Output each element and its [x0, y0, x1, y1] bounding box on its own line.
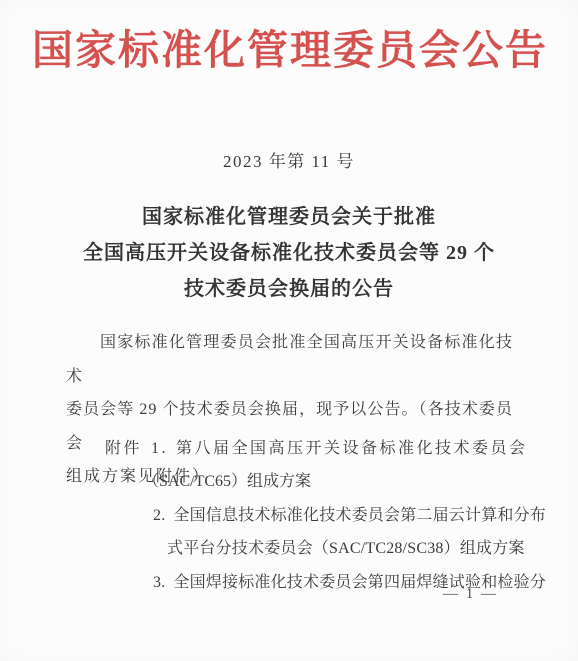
announcement-page: 国家标准化管理委员会公告 2023 年第 11 号 国家标准化管理委员会关于批准… [0, 0, 578, 661]
announcement-title: 国家标准化管理委员会关于批准 全国高压开关设备标准化技术委员会等 29 个 技术… [20, 199, 558, 307]
attachment-number: 1. [151, 440, 168, 457]
attachment-number: 2. [153, 507, 165, 524]
attachment-item-2-continuation: 式平台分技术委员会（SAC/TC28/SC38）组成方案 [105, 532, 519, 565]
page-number: — 1 — [443, 586, 498, 603]
title-line-3: 技术委员会换届的公告 [20, 271, 558, 307]
title-line-2: 全国高压开关设备标准化技术委员会等 29 个 [20, 235, 558, 271]
masthead-title: 国家标准化管理委员会公告 [0, 24, 578, 76]
attachments-list: 附件1.第八届全国高压开关设备标准化技术委员会 （SAC/TC65）组成方案 2… [105, 432, 519, 599]
attachments-label: 附件 [105, 440, 142, 457]
attachment-text: 第八届全国高压开关设备标准化技术委员会 [176, 440, 528, 457]
attachment-number: 3. [153, 574, 165, 591]
attachment-text: 全国信息技术标准化技术委员会第二届云计算和分布 [173, 507, 546, 524]
doc-number: 2023 年第 11 号 [0, 150, 578, 174]
attachment-item-2: 2.全国信息技术标准化技术委员会第二届云计算和分布 [105, 499, 519, 532]
body-line: 国家标准化管理委员会批准全国高压开关设备标准化技术 [66, 326, 513, 393]
attachment-text: （SAC/TC65）组成方案 [143, 473, 311, 490]
title-line-1: 国家标准化管理委员会关于批准 [20, 199, 558, 235]
attachment-item-1-continuation: （SAC/TC65）组成方案 [105, 465, 519, 498]
attachment-text: 式平台分技术委员会（SAC/TC28/SC38）组成方案 [167, 540, 525, 557]
attachment-item-1: 附件1.第八届全国高压开关设备标准化技术委员会 [105, 432, 519, 465]
